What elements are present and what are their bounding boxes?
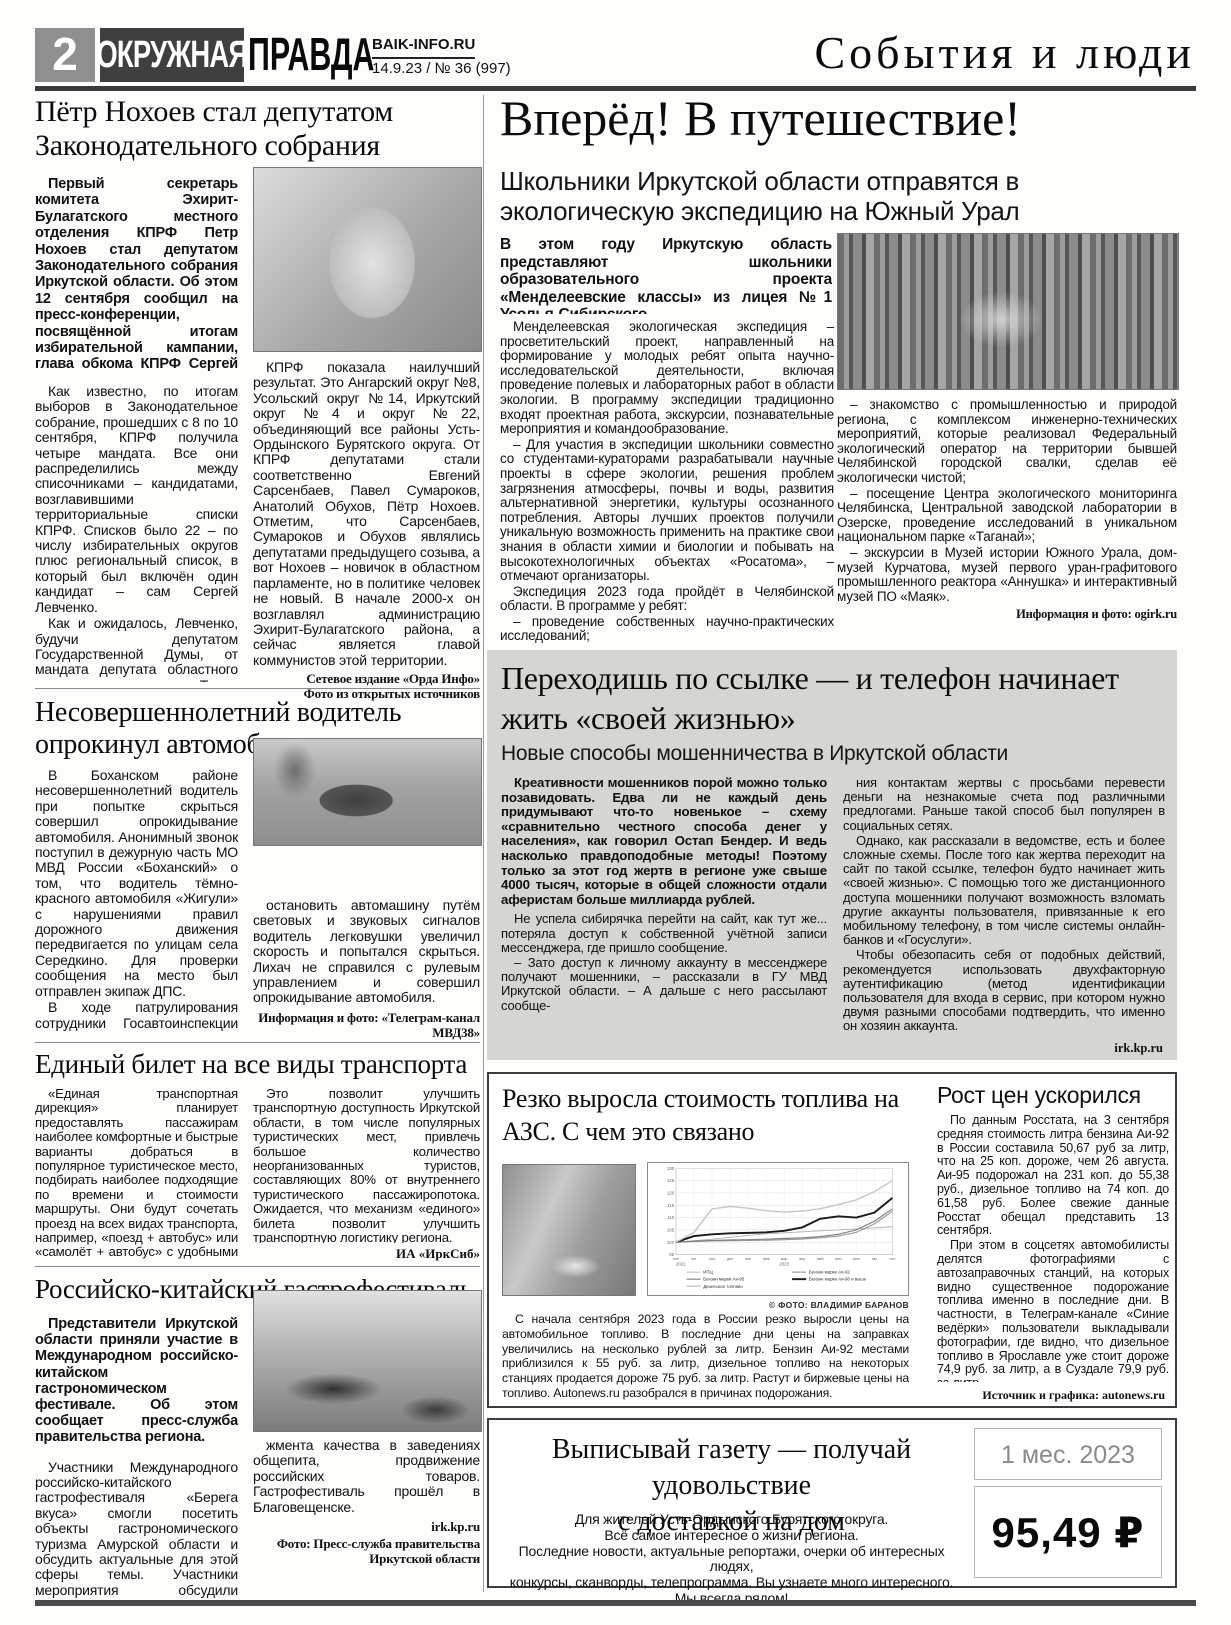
fuel-title: Резко выросла стоимость топлива на АЗС. … [502,1082,922,1148]
subscription-period-card: 1 мес. 2023 [974,1428,1162,1480]
svg-text:100: 100 [667,1240,675,1245]
subscription-box: Выписывай газету — получай удовольствие … [487,1418,1177,1588]
article-travel-subtitle: Школьники Иркутской области отправятся в… [500,166,1120,226]
article-travel-col2: – знакомство с промышленностью и природо… [837,398,1177,644]
fraud-lead: Креативности мошенников порой можно толь… [501,776,827,907]
article-ticket-title: Единый билет на все виды транспорта [35,1049,485,1080]
svg-text:сен: сен [673,1257,679,1261]
site-url[interactable]: BAIK-INFO.RU [372,36,475,59]
newspaper-page: 2 ОКРУЖНАЯ ПРАВДА BAIK-INFO.RU 14.9.23 /… [0,0,1231,1625]
svg-text:2023: 2023 [779,1262,789,1267]
masthead-word2: ПРАВДА [248,28,374,82]
footer-rule [35,1600,1196,1606]
fuel-col-title: Рост цен ускорился [937,1082,1167,1109]
fraud-col2: ния контактам жертвы с просьбами перевес… [843,776,1165,1052]
article-gastro-col1: Представители Иркутской области приняли … [35,1316,238,1600]
article-ticket-col1: «Единая транспортная дирекция» планирует… [35,1087,238,1259]
article-travel-col1: Менделеевская экологическая экспедиция –… [500,320,834,648]
article-driver-byline: Информация и фото: «Телеграм-канал МВД38… [253,1010,480,1040]
photo-nokhoev [253,167,482,352]
svg-text:ИПЦ: ИПЦ [703,1270,713,1275]
svg-text:июл: июл [853,1257,860,1261]
photo-forest-expedition [837,233,1179,390]
fraud-col1: Креативности мошенников порой можно толь… [501,776,827,1052]
fraud-title: Переходишь по ссылке — и телефон начинае… [501,658,1161,738]
fuel-body: С начала сентября 2023 года в России рез… [502,1312,909,1404]
article-nokhoev-title: Пётр Нохоев стал депутатом Законодательн… [35,95,485,163]
fraud-body1: Не успела сибирячка перейти на сайт, как… [501,912,827,1012]
photo-gas-station [502,1164,636,1296]
subscription-text: Для жителей Усть-Ордынского Бурятского о… [504,1512,959,1607]
svg-text:Бензин марки Аи-95: Бензин марки Аи-95 [703,1277,745,1282]
svg-text:125: 125 [667,1178,675,1183]
fraud-byline: irk.kp.ru [963,1041,1163,1056]
svg-text:Бензин марки Аи-92: Бензин марки Аи-92 [809,1270,851,1275]
svg-text:105: 105 [667,1227,675,1232]
svg-text:фев: фев [763,1257,770,1261]
article-travel-title: Вперёд! В путешествие! [500,90,1180,147]
article-driver-col1: В Боханском районе несовершеннолетний во… [35,768,238,1034]
svg-text:янв: янв [745,1257,751,1261]
subscription-price-card: 95,49 ₽ [974,1486,1162,1578]
photo-gastrofestival [253,1290,482,1432]
article-gastro-byline1: irk.kp.ru [253,1519,480,1534]
photo-overturned-car [253,738,482,846]
svg-text:июн: июн [835,1257,842,1261]
article-nokhoev-lead: Первый секретарь комитета Эхирит-Булагат… [35,176,238,374]
fuel-article-box: Резко выросла стоимость топлива на АЗС. … [487,1072,1177,1408]
article-nokhoev-col2: КПРФ показала наилучший результат. Это А… [253,360,480,660]
article-travel-byline: Информация и фото: ogirk.ru [837,607,1177,622]
svg-text:дек: дек [727,1257,733,1261]
svg-text:мар: мар [781,1257,788,1261]
divider-1 [35,688,480,689]
issue-date: 14.9.23 / № 36 (997) [372,60,511,77]
article-ticket-byline: ИА «ИркСиб» [253,1246,480,1261]
article-ticket-col2: Это позволит улучшить транспортную досту… [253,1087,480,1243]
article-gastro-byline2: Фото: Пресс-служба правительства Иркутск… [253,1536,480,1566]
divider-2 [35,1042,480,1043]
page-number: 2 [52,28,78,80]
fuel-chart-svg: 95100105110115120125130сеноктноядекянвфе… [648,1163,908,1295]
divider-3 [35,1266,480,1267]
svg-text:ноя: ноя [709,1257,715,1261]
fuel-chart: 95100105110115120125130сеноктноядекянвфе… [647,1162,909,1296]
article-driver-col2: остановить автомашину путём световых и з… [253,898,480,1040]
article-gastro-body1: Участники Международного российско-китай… [35,1460,238,1600]
svg-text:120: 120 [667,1191,675,1196]
article-gastro-lead: Представители Иркутской области приняли … [35,1316,238,1446]
svg-text:110: 110 [667,1215,675,1220]
fuel-byline: Источник и графика: autonews.ru [905,1388,1165,1403]
fraud-subtitle: Новые способы мошенничества в Иркутской … [501,742,1161,766]
svg-text:Бензин марки Аи-98 и выше: Бензин марки Аи-98 и выше [809,1277,867,1282]
article-nokhoev-col1: Как известно, по итогам выборов в Законо… [35,384,238,682]
fraud-article-box: Переходишь по ссылке — и телефон начинае… [487,650,1177,1060]
page-number-box: 2 [35,28,95,82]
section-title: События и люди [815,26,1196,79]
svg-text:2022: 2022 [676,1262,686,1267]
fuel-col-body: По данным Росстата, на 3 сентября средня… [937,1114,1169,1382]
svg-text:130: 130 [667,1166,675,1171]
svg-text:сен: сен [889,1257,895,1261]
svg-text:окт: окт [691,1257,697,1261]
svg-text:115: 115 [667,1203,675,1208]
article-travel-lead: В этом году Иркутскую область представля… [500,236,832,314]
vertical-divider [483,95,484,1592]
svg-text:май: май [817,1257,824,1261]
svg-text:апр: апр [799,1257,805,1261]
fuel-photo-credit: © ФОТО: ВЛАДИМИР БАРАНОВ [502,1300,909,1310]
svg-text:Дизельное топливо: Дизельное топливо [703,1284,743,1289]
masthead-word1: ОКРУЖНАЯ [96,34,247,77]
masthead-box: ОКРУЖНАЯ [100,28,244,82]
svg-text:авг: авг [872,1257,878,1261]
subscription-price: 95,49 ₽ [992,1509,1145,1556]
article-gastro-col2: жмента качества в заведениях общепита, п… [253,1438,480,1566]
